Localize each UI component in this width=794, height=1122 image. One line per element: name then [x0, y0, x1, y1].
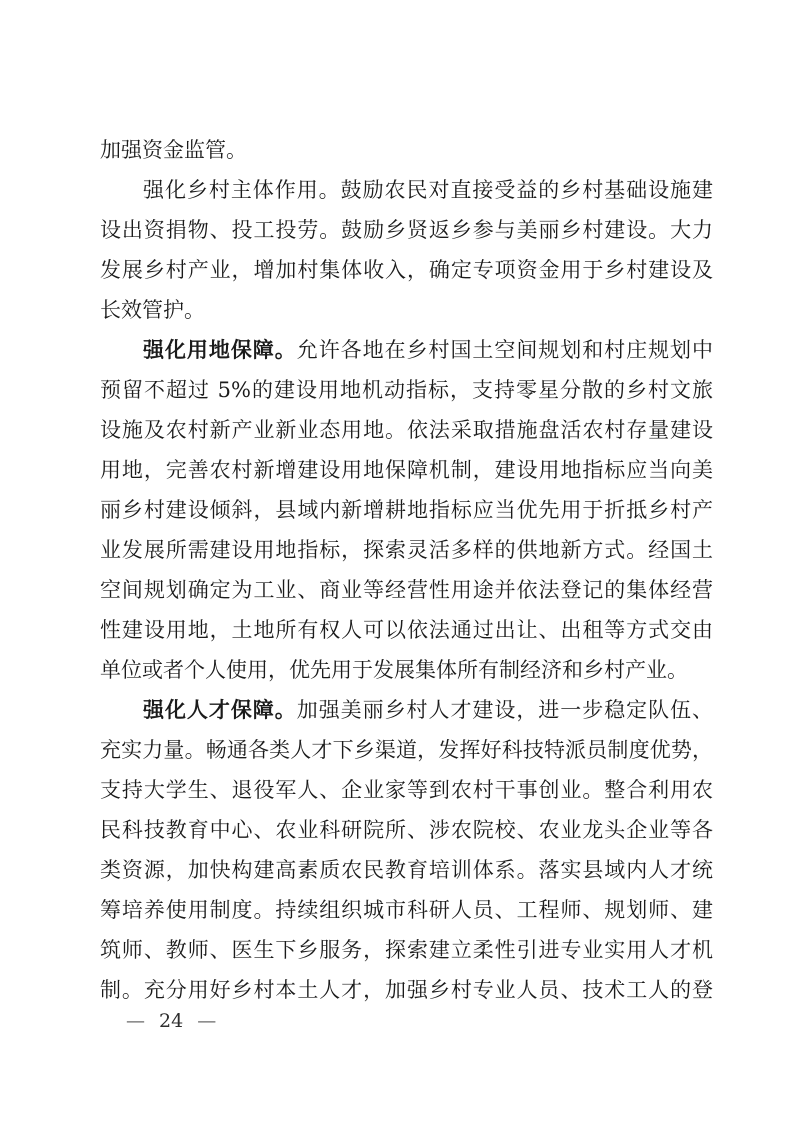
text-line: 制。充分用好乡村本土人才，加强乡村专业人员、技术工人的登 [100, 970, 713, 1010]
paragraph-lead-bold: 强化人才保障。 [143, 698, 297, 722]
text-line: 丽乡村建设倾斜，县域内新增耕地指标应当优先用于折抵乡村产 [100, 490, 713, 530]
text-line: 业发展所需建设用地指标，探索灵活多样的供地新方式。经国土 [100, 530, 713, 570]
page-number: 24 [159, 1010, 183, 1032]
text-line: 单位或者个人使用，优先用于发展集体所有制经济和乡村产业。 [100, 650, 713, 690]
footer-dash-left: — [126, 1010, 145, 1032]
text-line: 设施及农村新产业新业态用地。依法采取措施盘活农村存量建设 [100, 410, 713, 450]
text-line: 筹培养使用制度。持续组织城市科研人员、工程师、规划师、建 [100, 890, 713, 930]
document-page: 加强资金监管。强化乡村主体作用。鼓励农民对直接受益的乡村基础设施建设出资捐物、投… [0, 0, 794, 1122]
text-line: 长效管护。 [100, 290, 713, 330]
text-line: 空间规划确定为工业、商业等经营性用途并依法登记的集体经营 [100, 570, 713, 610]
paragraph-lead-bold: 强化用地保障。 [143, 338, 297, 362]
text-line: 强化乡村主体作用。鼓励农民对直接受益的乡村基础设施建 [100, 170, 713, 210]
text-line: 支持大学生、退役军人、企业家等到农村干事创业。整合利用农 [100, 770, 713, 810]
text-line: 用地，完善农村新增建设用地保障机制，建设用地指标应当向美 [100, 450, 713, 490]
document-body: 加强资金监管。强化乡村主体作用。鼓励农民对直接受益的乡村基础设施建设出资捐物、投… [100, 130, 713, 1010]
text-line: 设出资捐物、投工投劳。鼓励乡贤返乡参与美丽乡村建设。大力 [100, 210, 713, 250]
text-line: 类资源，加快构建高素质农民教育培训体系。落实县域内人才统 [100, 850, 713, 890]
text-line: 预留不超过 5%的建设用地机动指标，支持零星分散的乡村文旅 [100, 370, 713, 410]
text-line: 加强资金监管。 [100, 130, 713, 170]
text-line: 充实力量。畅通各类人才下乡渠道，发挥好科技特派员制度优势， [100, 730, 713, 770]
text-line: 强化人才保障。加强美丽乡村人才建设，进一步稳定队伍、 [100, 690, 713, 730]
page-footer: —24— [126, 1006, 216, 1036]
text-line: 民科技教育中心、农业科研院所、涉农院校、农业龙头企业等各 [100, 810, 713, 850]
text-line: 强化用地保障。允许各地在乡村国土空间规划和村庄规划中 [100, 330, 713, 370]
text-line: 性建设用地，土地所有权人可以依法通过出让、出租等方式交由 [100, 610, 713, 650]
text-line: 发展乡村产业，增加村集体收入，确定专项资金用于乡村建设及 [100, 250, 713, 290]
footer-dash-right: — [197, 1010, 216, 1032]
text-line: 筑师、教师、医生下乡服务，探索建立柔性引进专业实用人才机 [100, 930, 713, 970]
